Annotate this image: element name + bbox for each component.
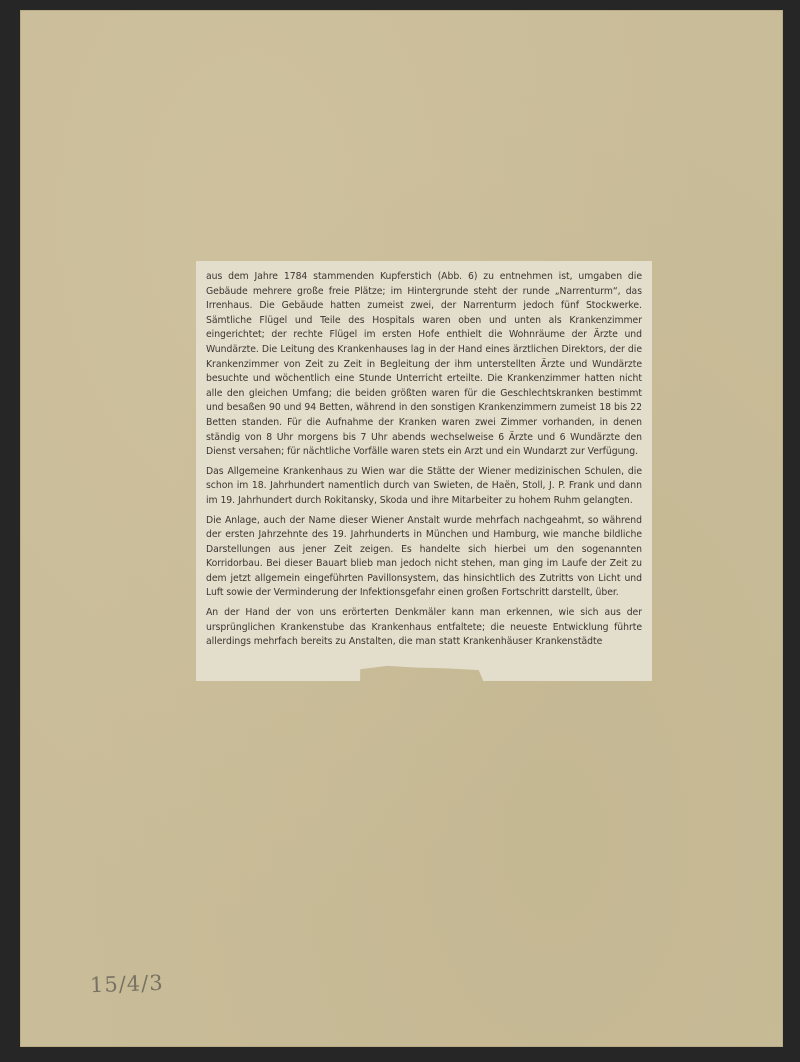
newspaper-clipping: aus dem Jahre 1784 stammenden Kupferstic… — [196, 261, 652, 681]
archival-card: aus dem Jahre 1784 stammenden Kupferstic… — [20, 10, 783, 1047]
paragraph-vienna-medical-school: Das Allgemeine Krankenhaus zu Wien war d… — [206, 465, 642, 509]
paragraph-imitations-pavilion-system: Die Anlage, auch der Name dieser Wiener … — [206, 514, 642, 602]
paragraph-conclusion-truncated: An der Hand der von uns erörterten Denkm… — [206, 606, 642, 650]
paragraph-hospital-description: aus dem Jahre 1784 stammenden Kupferstic… — [206, 270, 642, 460]
handwritten-catalog-number: 15/4/3 — [90, 971, 164, 998]
